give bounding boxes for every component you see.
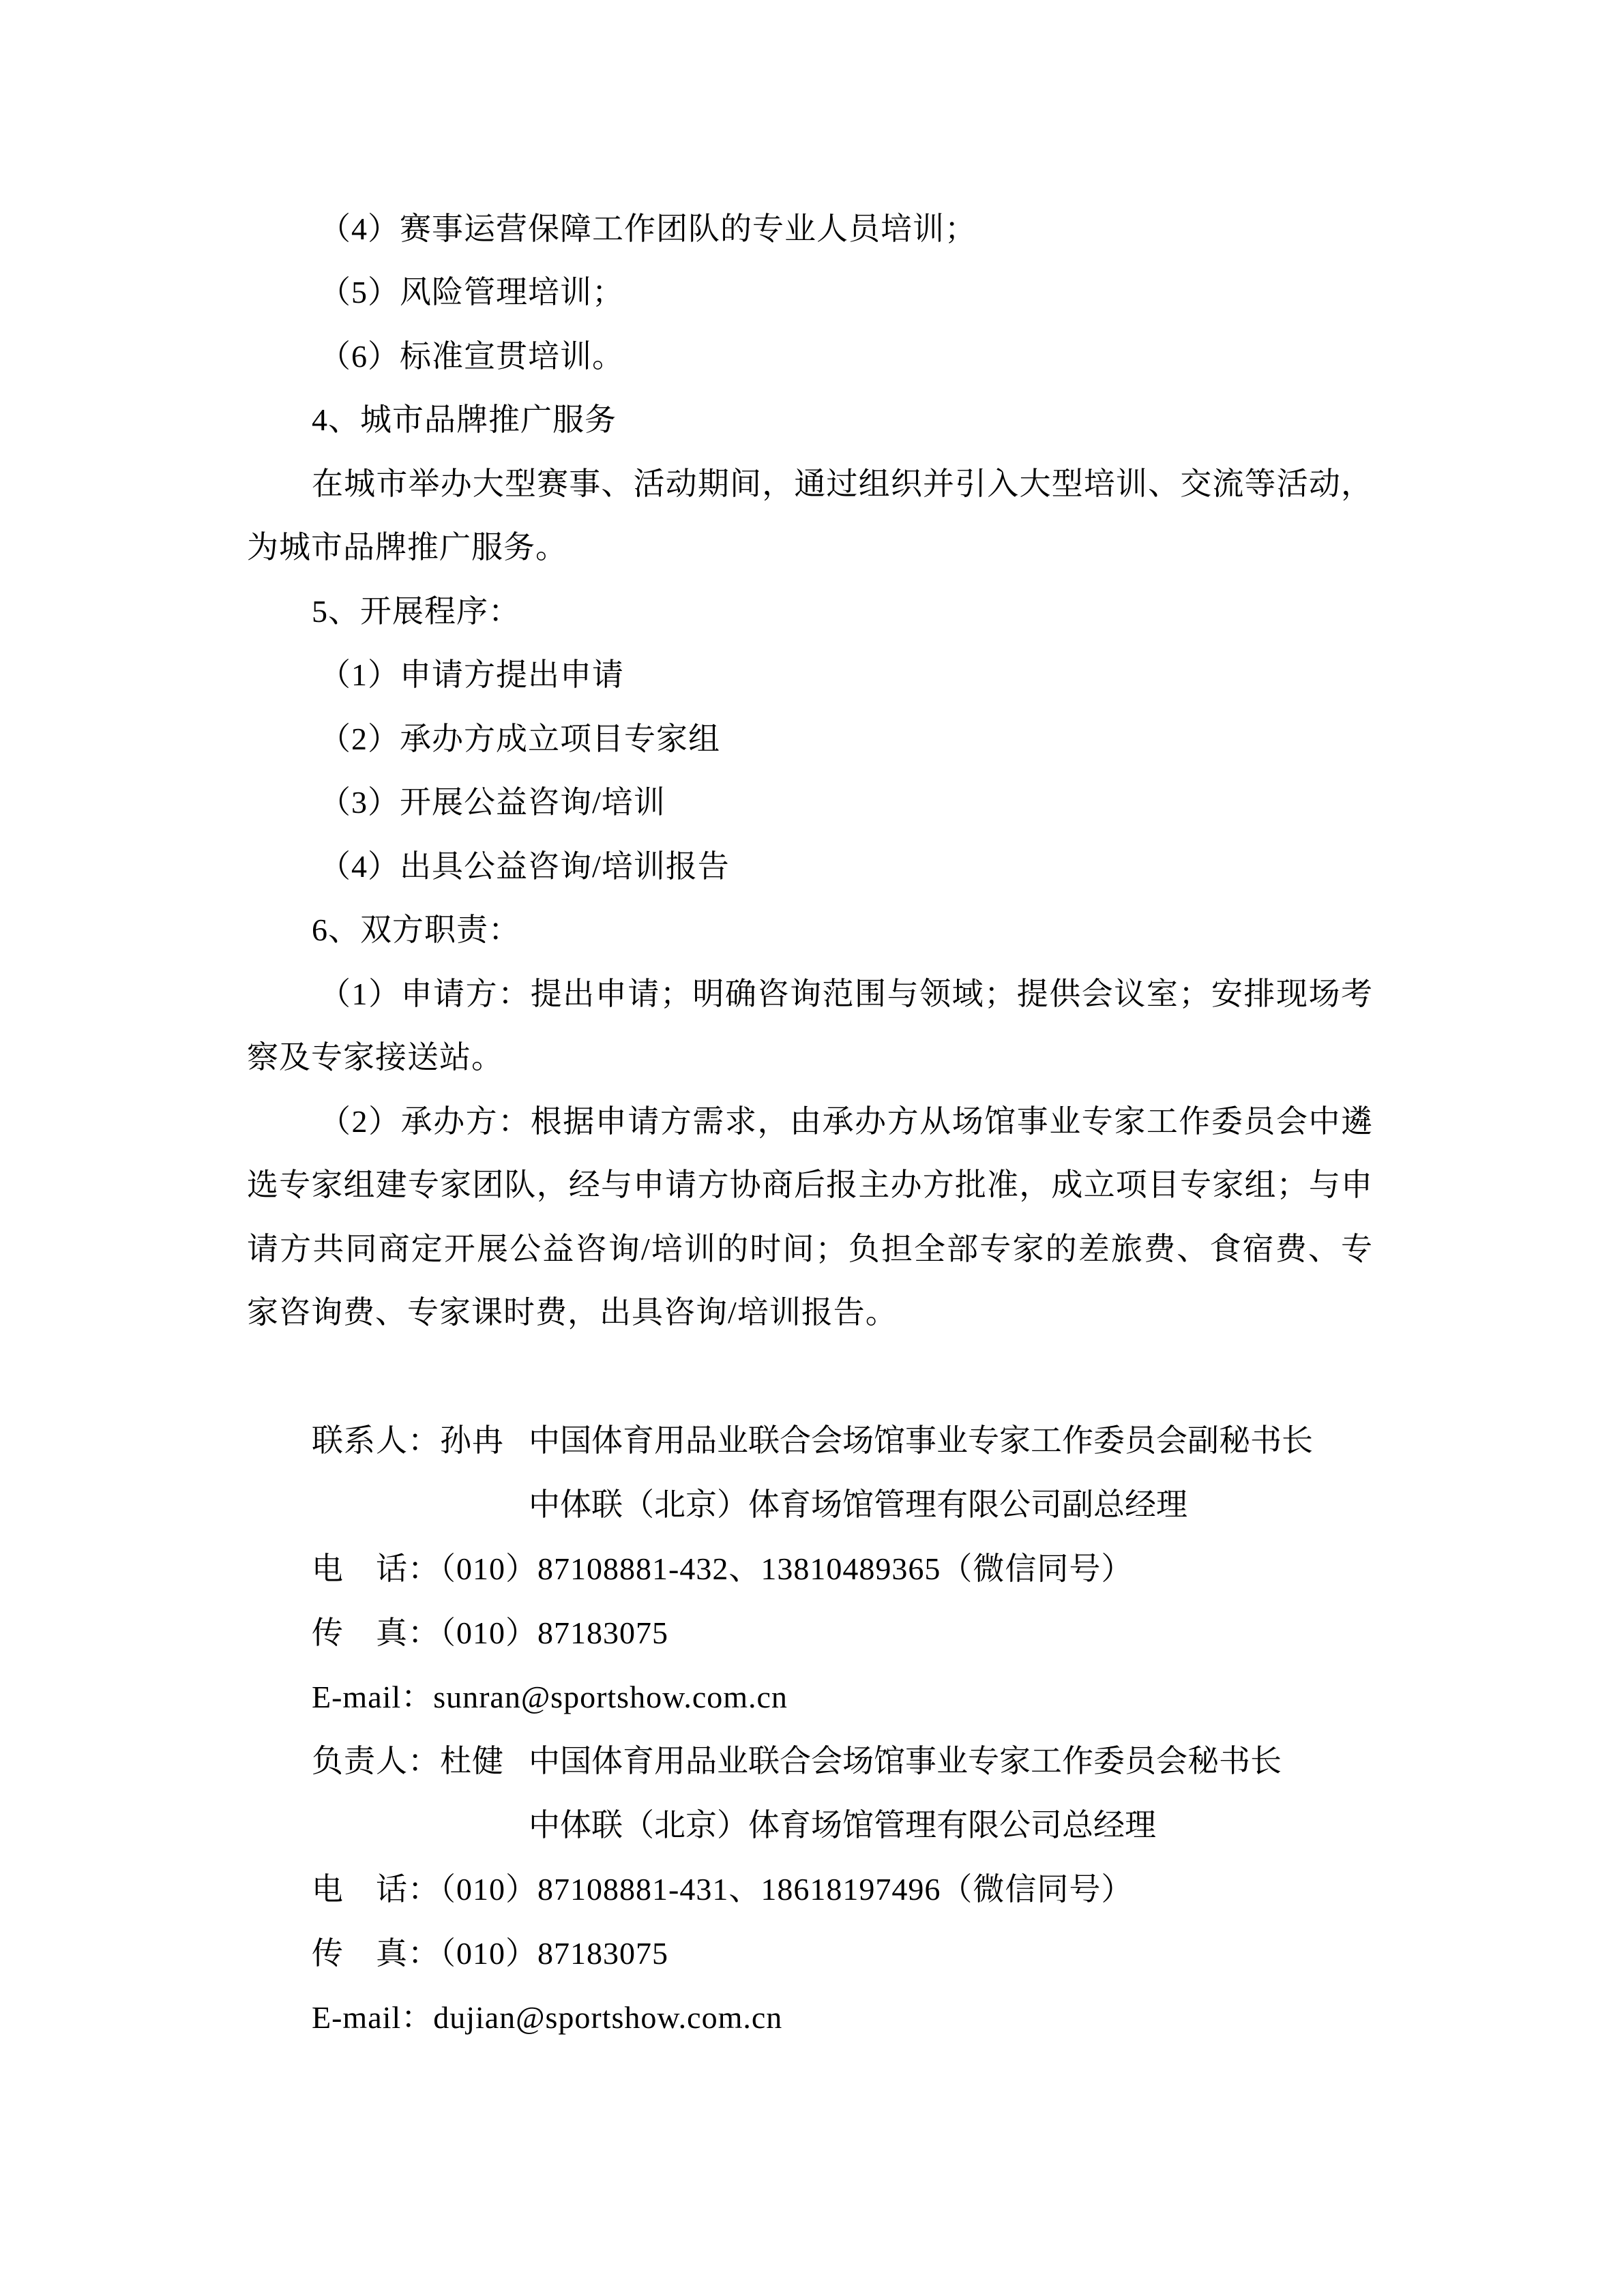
email-link[interactable]: dujian@sportshow.com.cn [433,2000,782,2035]
section-4-paragraph-line-2: 为城市品牌推广服务。 [247,528,567,567]
contact-email-row: E-mail：sunran@sportshow.com.cn [312,1678,788,1716]
duty-applicant-line-1: （1）申请方：提出申请；明确咨询范围与领域；提供会议室；安排现场考 [319,975,1373,1013]
contact-title-2: 中体联（北京）体育场馆管理有限公司副总经理 [529,1486,1187,1524]
training-item-4: （4）赛事运营保障工作团队的专业人员培训； [319,210,977,248]
procedure-step-3: （3）开展公益咨询/培训 [319,784,666,822]
responsible-fax-row: 传 真：（010）87183075 [312,1935,668,1973]
fax-label: 传 真： [312,1936,440,1971]
phone-value: （010）87108881-431、18618197496（微信同号） [440,1872,1133,1907]
section-6-heading: 6、双方职责： [312,911,520,949]
contact-name: 孙冉 [440,1423,504,1458]
duty-organizer-line-4: 家咨询费、专家课时费，出具咨询/培训报告。 [247,1294,898,1332]
procedure-step-2: （2）承办方成立项目专家组 [319,720,720,758]
contact-fax-row: 传 真：（010）87183075 [312,1614,668,1652]
procedure-step-1: （1）申请方提出申请 [319,656,624,694]
responsible-person-row: 负责人：杜健 [312,1742,504,1780]
training-item-6: （6）标准宣贯培训。 [319,338,624,376]
fax-label: 传 真： [312,1615,440,1650]
email-label: E-mail： [312,2000,433,2035]
procedure-step-4: （4）出具公益咨询/培训报告 [319,848,730,886]
contact-title-1: 中国体育用品业联合会场馆事业专家工作委员会副秘书长 [529,1422,1313,1460]
section-5-heading: 5、开展程序： [312,593,520,631]
phone-value: （010）87108881-432、13810489365（微信同号） [440,1551,1133,1586]
phone-label: 电 话： [312,1872,440,1907]
email-label: E-mail： [312,1680,433,1714]
contact-role-label: 联系人： [312,1423,440,1458]
fax-value: （010）87183075 [440,1615,668,1650]
responsible-email-row: E-mail：dujian@sportshow.com.cn [312,1999,782,2037]
duty-applicant-line-2: 察及专家接送站。 [247,1039,503,1077]
phone-label: 电 话： [312,1551,440,1586]
duty-organizer-line-2: 选专家组建专家团队，经与申请方协商后报主办方批准，成立项目专家组；与申 [247,1166,1373,1204]
email-link[interactable]: sunran@sportshow.com.cn [433,1680,788,1714]
responsible-role-label: 负责人： [312,1744,440,1778]
fax-value: （010）87183075 [440,1936,668,1971]
training-item-5: （5）风险管理培训； [319,273,624,312]
responsible-title-2: 中体联（北京）体育场馆管理有限公司总经理 [529,1806,1156,1845]
section-4-paragraph-line-1: 在城市举办大型赛事、活动期间，通过组织并引入大型培训、交流等活动， [312,465,1373,503]
document-page: （4）赛事运营保障工作团队的专业人员培训； （5）风险管理培训； （6）标准宣贯… [0,0,1624,2296]
responsible-name: 杜健 [440,1744,504,1778]
duty-organizer-line-1: （2）承办方：根据申请方需求，由承办方从场馆事业专家工作委员会中遴 [319,1103,1373,1141]
contact-person-row: 联系人：孙冉 [312,1422,504,1460]
duty-organizer-line-3: 请方共同商定开展公益咨询/培训的时间；负担全部专家的差旅费、食宿费、专 [247,1230,1373,1268]
section-4-heading: 4、城市品牌推广服务 [312,401,617,439]
responsible-phone-row: 电 话：（010）87108881-431、18618197496（微信同号） [312,1870,1133,1909]
contact-phone-row: 电 话：（010）87108881-432、13810489365（微信同号） [312,1550,1133,1588]
responsible-title-1: 中国体育用品业联合会场馆事业专家工作委员会秘书长 [529,1742,1282,1780]
